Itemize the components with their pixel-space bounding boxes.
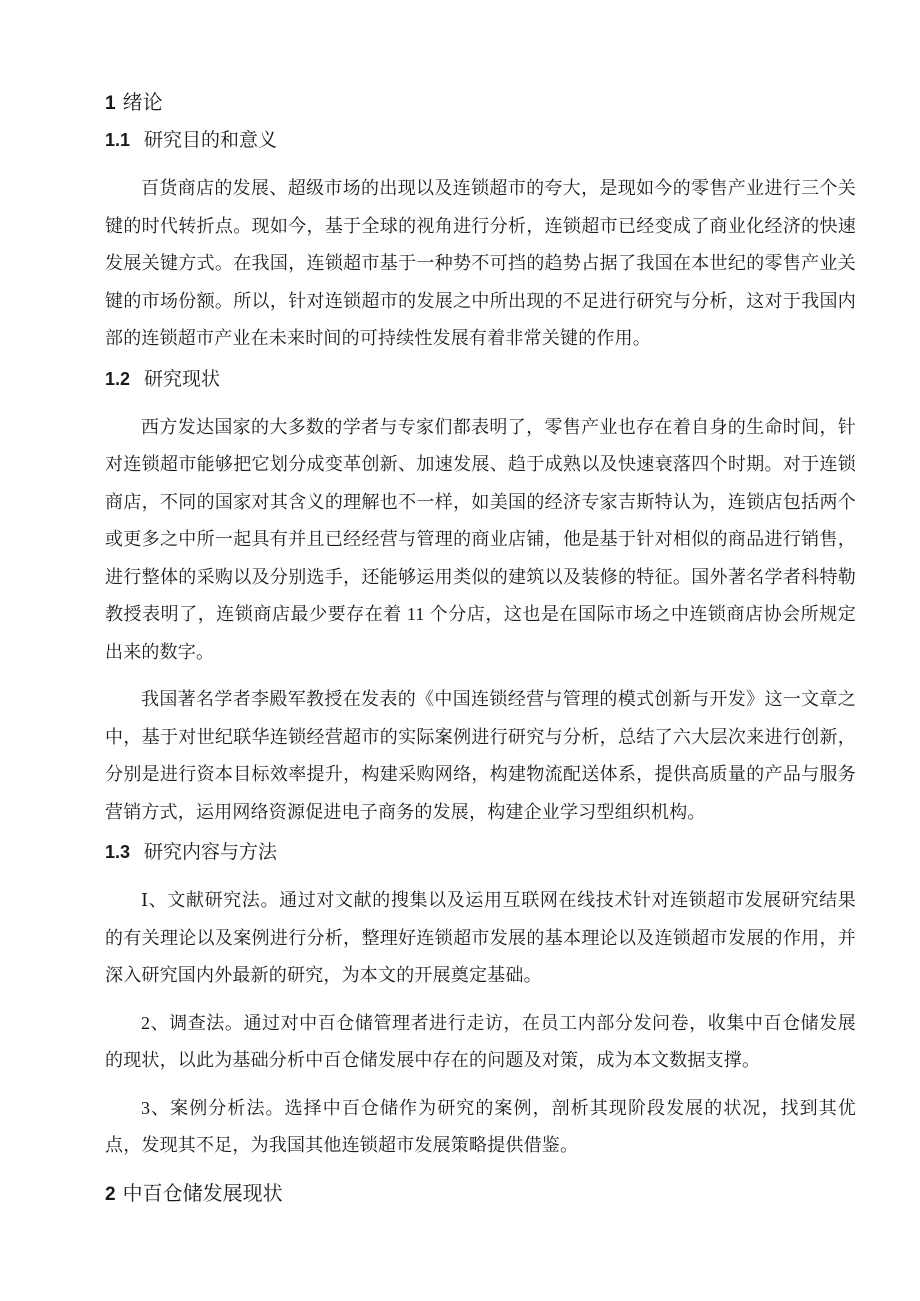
subsection-heading-content-methods: 1.3研究内容与方法: [105, 837, 856, 868]
heading-number: 1.1: [105, 130, 130, 150]
section-heading-zhongbai-status: 2中百仓储发展现状: [105, 1179, 856, 1210]
heading-title: 研究内容与方法: [144, 842, 277, 863]
paragraph-purpose-significance: 百货商店的发展、超级市场的出现以及连锁超市的夸大，是现如今的零售产业进行三个关键…: [105, 170, 856, 358]
paragraph-research-status-western: 西方发达国家的大多数的学者与专家们都表明了，零售产业也存在着自身的生命时间，针对…: [105, 409, 856, 672]
document-page: 1绪论 1.1研究目的和意义 百货商店的发展、超级市场的出现以及连锁超市的夸大，…: [0, 0, 920, 1301]
heading-number: 1: [105, 93, 116, 114]
heading-number: 1.2: [105, 369, 130, 389]
paragraph-method-literature: Ⅰ、文献研究法。通过对文献的搜集以及运用互联网在线技术针对连锁超市发展研究结果的…: [105, 882, 856, 995]
heading-title: 中百仓储发展现状: [123, 1183, 283, 1205]
subsection-heading-research-status: 1.2研究现状: [105, 364, 856, 395]
paragraph-method-case-analysis: 3、案例分析法。选择中百仓储作为研究的案例，剖析其现阶段发展的状况，找到其优点，…: [105, 1090, 856, 1165]
paragraph-method-survey: 2、调查法。通过对中百仓储管理者进行走访，在员工内部分发问卷，收集中百仓储发展的…: [105, 1005, 856, 1080]
section-heading-introduction: 1绪论: [105, 88, 856, 119]
heading-number: 1.3: [105, 842, 130, 862]
heading-title: 研究现状: [144, 369, 220, 390]
heading-number: 2: [105, 1184, 116, 1205]
subsection-heading-purpose-significance: 1.1研究目的和意义: [105, 125, 856, 156]
paragraph-research-status-domestic: 我国著名学者李殿军教授在发表的《中国连锁经营与管理的模式创新与开发》这一文章之中…: [105, 681, 856, 831]
heading-title: 绪论: [123, 92, 163, 114]
heading-title: 研究目的和意义: [144, 130, 277, 151]
